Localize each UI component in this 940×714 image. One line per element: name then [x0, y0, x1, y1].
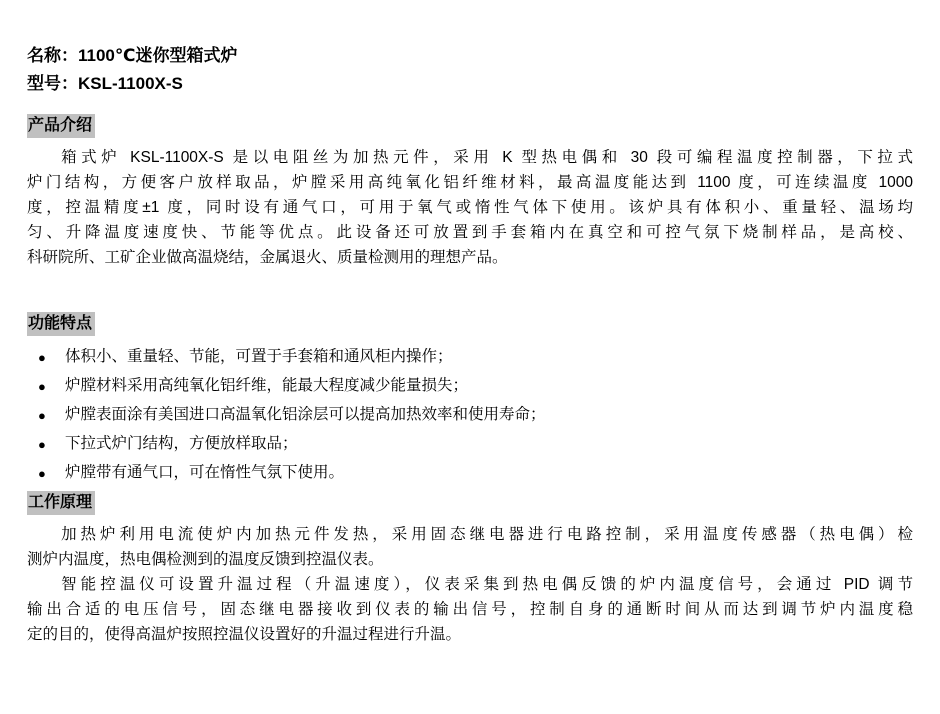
- section-title-features: 功能特点: [27, 312, 95, 336]
- intro-paragraph: 箱式炉 KSL-1100X-S 是以电阻丝为加热元件，采用 K 型热电偶和 30…: [27, 145, 913, 270]
- bullet-icon: ●: [38, 432, 46, 457]
- document-page: 名称：1100℃迷你型箱式炉 型号：KSL-1100X-S 产品介绍 箱式炉 K…: [0, 0, 940, 714]
- paragraph-line: 匀、升降温度速度快、节能等优点。此设备还可放置到手套箱内在真空和可控气氛下烧制样…: [27, 220, 913, 245]
- section-intro-heading: 产品介绍: [27, 114, 913, 138]
- section-features: 功能特点 ● 体积小、重量轻、节能，可置于手套箱和通风柜内操作； ● 炉膛材料采…: [27, 312, 913, 485]
- paragraph-line: 加热炉利用电流使炉内加热元件发热，采用固态继电器进行电路控制，采用温度传感器（热…: [27, 522, 913, 547]
- bullet-icon: ●: [38, 345, 46, 370]
- bullet-icon: ●: [38, 374, 46, 399]
- paragraph-line: 测炉内温度，热电偶检测到的温度反馈到控温仪表。: [27, 547, 913, 572]
- feature-text: 下拉式炉门结构，方便放样取品；: [65, 435, 298, 452]
- paragraph-line: 定的目的，使得高温炉按照控温仪设置好的升温过程进行升温。: [27, 622, 913, 647]
- feature-text: 炉膛表面涂有美国进口高温氧化铝涂层可以提高加热效率和使用寿命；: [65, 406, 546, 423]
- paragraph-line: 箱式炉 KSL-1100X-S 是以电阻丝为加热元件，采用 K 型热电偶和 30…: [27, 145, 913, 170]
- features-list: ● 体积小、重量轻、节能，可置于手套箱和通风柜内操作； ● 炉膛材料采用高纯氧化…: [27, 344, 913, 485]
- section-principle-heading: 工作原理: [27, 491, 913, 515]
- section-intro: 产品介绍 箱式炉 KSL-1100X-S 是以电阻丝为加热元件，采用 K 型热电…: [27, 114, 913, 270]
- bullet-icon: ●: [38, 461, 46, 486]
- list-item: ● 下拉式炉门结构，方便放样取品；: [27, 431, 913, 456]
- product-model: 型号：KSL-1100X-S: [27, 70, 913, 98]
- list-item: ● 体积小、重量轻、节能，可置于手套箱和通风柜内操作；: [27, 344, 913, 369]
- section-principle: 工作原理 加热炉利用电流使炉内加热元件发热，采用固态继电器进行电路控制，采用温度…: [27, 491, 913, 647]
- document-title-block: 名称：1100℃迷你型箱式炉 型号：KSL-1100X-S: [27, 42, 913, 98]
- paragraph-line: 度，控温精度±1 度，同时设有通气口，可用于氧气或惰性气体下使用。该炉具有体积小…: [27, 195, 913, 220]
- paragraph-line: 科研院所、工矿企业做高温烧结，金属退火、质量检测用的理想产品。: [27, 245, 913, 270]
- list-item: ● 炉膛材料采用高纯氧化铝纤维，能最大程度减少能量损失；: [27, 373, 913, 398]
- paragraph-line: 智能控温仪可设置升温过程（升温速度），仪表采集到热电偶反馈的炉内温度信号，会通过…: [27, 572, 913, 597]
- feature-text: 炉膛带有通气口，可在惰性气氛下使用。: [65, 464, 344, 481]
- section-title-intro: 产品介绍: [27, 114, 95, 138]
- list-item: ● 炉膛带有通气口，可在惰性气氛下使用。: [27, 460, 913, 485]
- feature-text: 体积小、重量轻、节能，可置于手套箱和通风柜内操作；: [65, 348, 453, 365]
- bullet-icon: ●: [38, 403, 46, 428]
- feature-text: 炉膛材料采用高纯氧化铝纤维，能最大程度减少能量损失；: [65, 377, 468, 394]
- section-title-principle: 工作原理: [27, 491, 95, 515]
- principle-paragraph-1: 加热炉利用电流使炉内加热元件发热，采用固态继电器进行电路控制，采用温度传感器（热…: [27, 522, 913, 572]
- paragraph-line: 炉门结构，方便客户放样取品，炉膛采用高纯氧化铝纤维材料，最高温度能达到 1100…: [27, 170, 913, 195]
- paragraph-line: 输出合适的电压信号，固态继电器接收到仪表的输出信号，控制自身的通断时间从而达到调…: [27, 597, 913, 622]
- product-name: 名称：1100℃迷你型箱式炉: [27, 42, 913, 70]
- principle-paragraph-2: 智能控温仪可设置升温过程（升温速度），仪表采集到热电偶反馈的炉内温度信号，会通过…: [27, 572, 913, 647]
- section-features-heading: 功能特点: [27, 312, 913, 336]
- list-item: ● 炉膛表面涂有美国进口高温氧化铝涂层可以提高加热效率和使用寿命；: [27, 402, 913, 427]
